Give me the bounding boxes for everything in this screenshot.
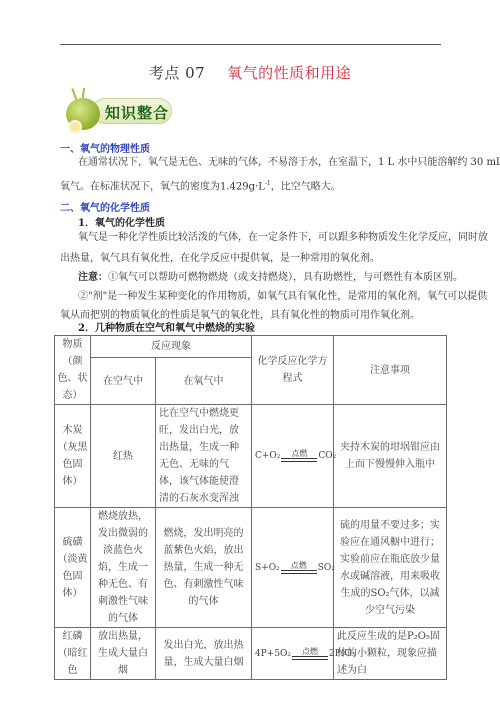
cell-substance: 木炭（灰黑色固体） bbox=[55, 405, 91, 508]
knowledge-badge: 知识整合 bbox=[62, 88, 174, 134]
note-1: 注意：①氧气可以帮助可燃物燃烧（或支持燃烧），具有助燃性，与可燃性有本质区别。 bbox=[78, 271, 463, 284]
physical-para-line2: 氧气。在标准状况下，氧气的密度为1.429g·L-1，比空气略大。 bbox=[60, 177, 341, 193]
flower-icon bbox=[70, 122, 80, 132]
topic-title: 氧气的性质和用途 bbox=[227, 64, 351, 82]
header-rule bbox=[60, 44, 441, 45]
subheading-chemical-properties: 1．氧气的化学性质 bbox=[78, 214, 165, 229]
cell-equation: 4P+5O₂点燃2P₂O₅ bbox=[252, 628, 334, 680]
cell-in-oxygen: 比在空气中燃烧更旺，发出白光，放出热量，生成一种无色、无味的气体，该气体能使澄清… bbox=[156, 405, 252, 508]
cell-in-oxygen: 发出白光，放出热量，生成大量白烟 bbox=[156, 628, 252, 680]
reaction-arrow-icon: 点燃 bbox=[292, 647, 328, 663]
chemical-para-line1: 氧气是一种化学性质比较活泼的气体，在一定条件下，可以跟多种物质发生化学反应，同时… bbox=[78, 231, 488, 244]
cell-equation: S+O₂点燃SO₂ bbox=[252, 508, 334, 628]
table-header-row: 物质（颜色、状态） 反应现象 化学反应化学方程式 注意事项 bbox=[55, 336, 447, 358]
equation: S+O₂点燃SO₂ bbox=[255, 560, 335, 577]
header-phenomenon: 反应现象 bbox=[91, 336, 252, 358]
cell-substance: 硫磺（淡黄色固体） bbox=[55, 508, 91, 628]
cell-equation: C+O₂点燃CO₂ bbox=[252, 405, 334, 508]
chemical-para-line2: 出热量，氧气具有氧化性，在化学反应中提供氧，是一种常用的氧化剂。 bbox=[60, 252, 380, 265]
cell-notes: 夹持木炭的坩埚钳应由上而下慢慢伸入瓶中 bbox=[334, 405, 447, 508]
table-row: 木炭（灰黑色固体） 红热 比在空气中燃烧更旺，发出白光，放出热量，生成一种无色、… bbox=[55, 405, 447, 508]
badge-label: 知识整合 bbox=[105, 102, 169, 123]
cell-substance: 红磷（暗红色 bbox=[55, 628, 91, 680]
table-row: 硫磺（淡黄色固体） 燃烧放热，发出微弱的淡蓝色火焰，生成一种无色、有刺激性气味的… bbox=[55, 508, 447, 628]
combustion-table: 物质（颜色、状态） 反应现象 化学反应化学方程式 注意事项 在空气中 在氧气中 … bbox=[54, 335, 447, 680]
section-heading-physical: 一、氧气的物理性质 bbox=[60, 140, 150, 155]
header-in-oxygen: 在氧气中 bbox=[156, 358, 252, 405]
badge-pill: 知识整合 bbox=[92, 98, 172, 124]
cell-notes: 硫的用量不要过多；实验应在通风橱中进行；实验前应在瓶底放少量水或碱溶液，用来吸收… bbox=[334, 508, 447, 628]
table-row: 红磷（暗红色 放出热量，生成大量白烟 发出白光，放出热量，生成大量白烟 4P+5… bbox=[55, 628, 447, 680]
cell-notes: 此反应生成的是P₂O₅固体的小颗粒，现象应描述为白 bbox=[334, 628, 447, 680]
header-equation: 化学反应化学方程式 bbox=[252, 336, 334, 405]
page-title: 考点 07氧气的性质和用途 bbox=[0, 62, 500, 83]
equation: C+O₂点燃CO₂ bbox=[255, 448, 336, 465]
cell-in-air: 放出热量，生成大量白烟 bbox=[91, 628, 156, 680]
section-heading-chemical: 二、氧气的化学性质 bbox=[60, 199, 150, 214]
cell-in-oxygen: 燃烧，发出明亮的蓝紫色火焰，放出热量，生成一种无色、有刺激性气味的气体 bbox=[156, 508, 252, 628]
cell-in-air: 红热 bbox=[91, 405, 156, 508]
header-notes: 注意事项 bbox=[334, 336, 447, 405]
cell-in-air: 燃烧放热，发出微弱的淡蓝色火焰，生成一种无色、有刺激性气味的气体 bbox=[91, 508, 156, 628]
note-2-line1: ②"剂"是一种发生某种变化的作用物质，如氧气具有氧化性，是常用的氧化剂，氧气可以… bbox=[78, 290, 487, 303]
header-substance: 物质（颜色、状态） bbox=[55, 336, 91, 405]
reaction-arrow-icon: 点燃 bbox=[281, 449, 317, 465]
subheading-combustion-experiment: 2．几种物质在空气和氧气中燃烧的实验 bbox=[78, 319, 255, 334]
physical-para-line1: 在通常状况下，氧气是无色、无味的气体，不易溶于水，在室温下，1 L 水中只能溶解… bbox=[78, 156, 500, 169]
topic-code: 考点 07 bbox=[149, 64, 205, 82]
header-in-air: 在空气中 bbox=[91, 358, 156, 405]
reaction-arrow-icon: 点燃 bbox=[281, 561, 317, 577]
